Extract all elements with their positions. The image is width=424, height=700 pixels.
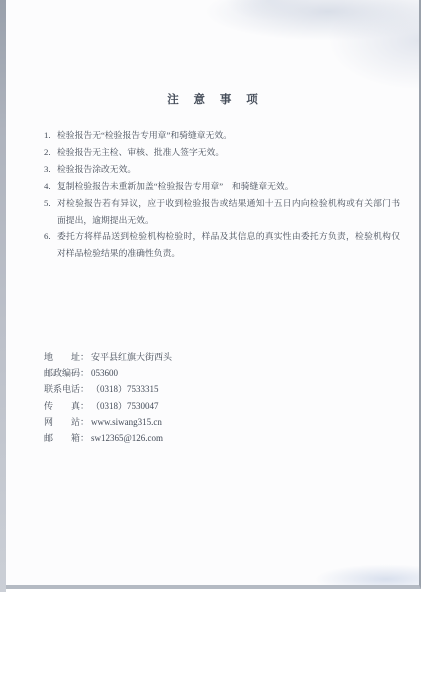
contact-row-website: 网 站： www.siwang315.cn bbox=[44, 414, 172, 430]
contact-label: 地 址： bbox=[44, 349, 89, 365]
notice-item: 4. 复制检验报告未重新加盖“检验报告专用章” 和骑缝章无效。 bbox=[44, 178, 400, 195]
notice-item: 1. 检验报告无“检验报告专用章”和骑缝章无效。 bbox=[44, 127, 400, 144]
contact-label: 传 真： bbox=[44, 398, 89, 414]
contact-label: 邮 箱： bbox=[44, 430, 89, 446]
notice-item: 3. 检验报告涂改无效。 bbox=[44, 161, 400, 178]
contact-row-phone: 联系电话： （0318）7533315 bbox=[44, 381, 172, 397]
notice-list: 1. 检验报告无“检验报告专用章”和骑缝章无效。 2. 检验报告无主检、审核、批… bbox=[44, 127, 400, 262]
contact-block: 地 址： 安平县红旗大街西头 邮政编码： 053600 联系电话： （0318）… bbox=[44, 349, 172, 446]
contact-label: 网 站： bbox=[44, 414, 89, 430]
notice-item-text: 对检验报告若有异议，应于收到检验报告或结果通知十五日内向检验机构或有关部门书面提… bbox=[57, 195, 400, 229]
notice-item-text: 复制检验报告未重新加盖“检验报告专用章” 和骑缝章无效。 bbox=[57, 178, 400, 195]
contact-row-postcode: 邮政编码： 053600 bbox=[44, 365, 172, 381]
contact-value: 安平县红旗大街西头 bbox=[91, 349, 172, 365]
notice-item-text: 检验报告无主检、审核、批准人签字无效。 bbox=[57, 144, 400, 161]
notice-item: 2. 检验报告无主检、审核、批准人签字无效。 bbox=[44, 144, 400, 161]
notice-item-text: 委托方将样品送到检验机构检验时，样品及其信息的真实性由委托方负责，检验机构仅对样… bbox=[57, 228, 400, 262]
contact-label: 联系电话： bbox=[44, 381, 89, 397]
notice-item-number: 5. bbox=[44, 195, 57, 229]
notice-item-number: 6. bbox=[44, 228, 57, 262]
notice-item: 6. 委托方将样品送到检验机构检验时，样品及其信息的真实性由委托方负责，检验机构… bbox=[44, 228, 400, 262]
contact-row-email: 邮 箱： sw12365@126.com bbox=[44, 430, 172, 446]
contact-value: www.siwang315.cn bbox=[91, 414, 162, 430]
contact-value: sw12365@126.com bbox=[91, 430, 163, 446]
contact-value: （0318）7530047 bbox=[91, 398, 159, 414]
page-title: 注 意 事 项 bbox=[6, 91, 419, 107]
notice-item-text: 检验报告涂改无效。 bbox=[57, 161, 400, 178]
notice-item-number: 3. bbox=[44, 161, 57, 178]
notice-item-number: 1. bbox=[44, 127, 57, 144]
contact-value: （0318）7533315 bbox=[91, 381, 159, 397]
contact-row-fax: 传 真： （0318）7530047 bbox=[44, 398, 172, 414]
notice-item: 5. 对检验报告若有异议，应于收到检验报告或结果通知十五日内向检验机构或有关部门… bbox=[44, 195, 400, 229]
scanned-document-canvas: 注 意 事 项 1. 检验报告无“检验报告专用章”和骑缝章无效。 2. 检验报告… bbox=[0, 0, 424, 700]
document-page: 注 意 事 项 1. 检验报告无“检验报告专用章”和骑缝章无效。 2. 检验报告… bbox=[6, 0, 421, 589]
contact-row-address: 地 址： 安平县红旗大街西头 bbox=[44, 349, 172, 365]
notice-item-number: 2. bbox=[44, 144, 57, 161]
notice-item-number: 4. bbox=[44, 178, 57, 195]
contact-label: 邮政编码： bbox=[44, 365, 89, 381]
contact-value: 053600 bbox=[91, 365, 118, 381]
notice-item-text: 检验报告无“检验报告专用章”和骑缝章无效。 bbox=[57, 127, 400, 144]
